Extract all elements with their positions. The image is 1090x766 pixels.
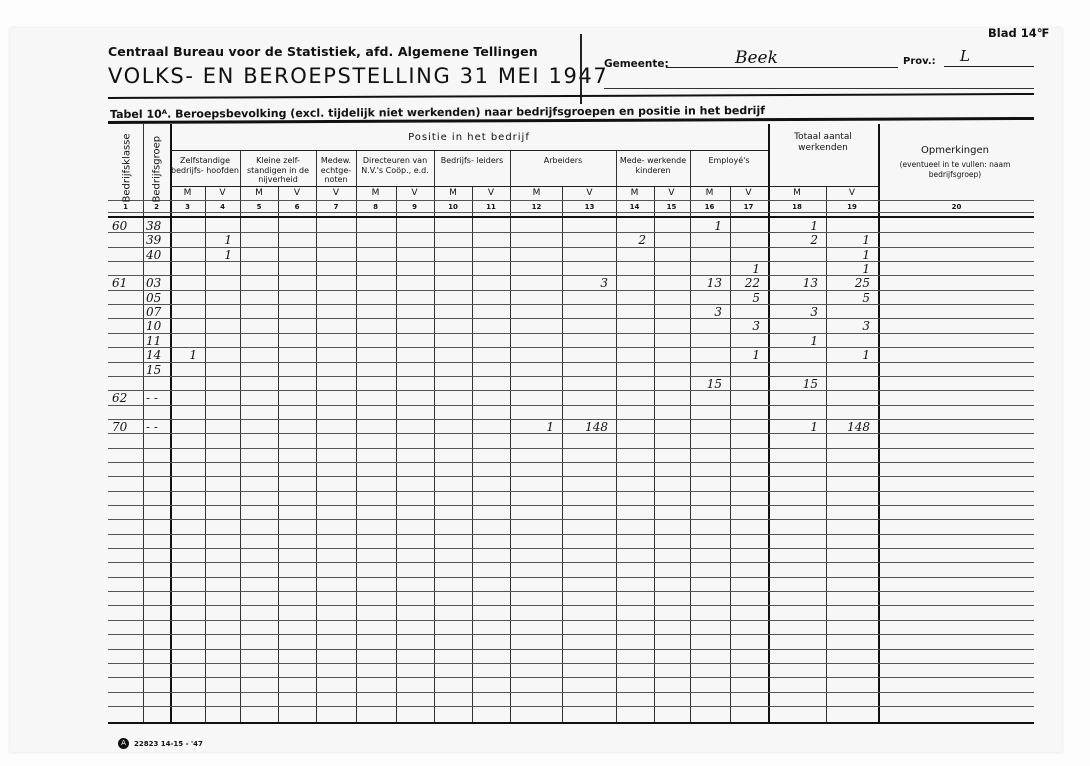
header-bedrijfsklasse: Bedrijfsklasse	[122, 133, 133, 203]
header-opmerkingen-note: (eventueel in te vullen: naam bedrijfsgr…	[890, 160, 1020, 179]
column-number: 7	[316, 203, 356, 211]
header-sex: M	[510, 188, 563, 198]
cell-bedrijfsgroep[interactable]: - -	[146, 420, 168, 434]
header-group: Arbeiders	[510, 156, 616, 166]
column-number: 12	[510, 203, 563, 211]
cell-col-17[interactable]: 5	[730, 291, 760, 305]
cell-bedrijfsklasse[interactable]: 70	[112, 420, 138, 434]
column-number: 13	[563, 203, 616, 211]
cell-col-18[interactable]: 13	[768, 276, 818, 290]
print-code: 22823 14-15 - '47	[134, 740, 203, 748]
header-sex: M	[616, 188, 653, 198]
row-rule	[108, 692, 1034, 693]
column-number: 9	[395, 203, 434, 211]
cell-col-4[interactable]: 1	[205, 233, 232, 247]
column-number: 1	[108, 203, 143, 211]
row-rule	[108, 476, 1034, 477]
cell-col-19[interactable]: 148	[826, 420, 870, 434]
column-number: 18	[768, 203, 826, 211]
column-number: 15	[653, 203, 690, 211]
prov-underline	[944, 66, 1034, 67]
column-number: 20	[878, 203, 1035, 211]
row-rule	[108, 519, 1034, 520]
gemeente-label: Gemeente:	[604, 58, 669, 70]
cell-col-18[interactable]: 3	[768, 305, 818, 319]
column-number: 4	[205, 203, 240, 211]
rule-bottom	[108, 722, 1034, 724]
header-totaal: Totaal aantal werkenden	[768, 132, 878, 154]
cell-col-19[interactable]: 25	[826, 276, 870, 290]
column-divider	[278, 186, 279, 722]
column-number: 19	[826, 203, 878, 211]
cell-col-13[interactable]: 3	[562, 276, 608, 290]
row-rule	[108, 634, 1034, 635]
rule	[108, 216, 1034, 218]
rule	[170, 150, 768, 151]
row-rule	[108, 605, 1034, 606]
cell-bedrijfsklasse[interactable]: 62	[112, 391, 138, 405]
cell-col-18[interactable]: 1	[768, 420, 818, 434]
cell-col-17[interactable]: 1	[730, 348, 760, 362]
header-sex: V	[653, 188, 690, 198]
prov-label: Prov.:	[903, 56, 936, 67]
column-divider	[143, 124, 144, 722]
cell-bedrijfsgroep[interactable]: 05	[146, 291, 168, 305]
row-rule	[108, 562, 1034, 563]
cell-col-18[interactable]: 2	[768, 233, 818, 247]
header-sex: M	[170, 188, 205, 198]
rule	[170, 186, 878, 187]
column-number: 11	[472, 203, 510, 211]
header-positie: Positie in het bedrijf	[170, 133, 768, 143]
cell-col-19[interactable]: 1	[826, 262, 870, 276]
cell-col-18[interactable]: 1	[768, 219, 818, 233]
row-rule	[108, 534, 1034, 535]
row-rule	[108, 577, 1034, 578]
column-divider	[654, 186, 655, 722]
cell-bedrijfsgroep[interactable]: 03	[146, 276, 168, 290]
column-divider	[396, 186, 397, 722]
rule	[108, 200, 1034, 201]
row-rule	[108, 649, 1034, 650]
header-group: Mede- werkende kinderen	[616, 156, 690, 175]
extra-line	[604, 88, 1034, 89]
header-sex: V	[278, 188, 316, 198]
column-number: 2	[143, 203, 170, 211]
row-rule	[108, 405, 1034, 406]
cell-bedrijfsgroep[interactable]: - -	[146, 391, 168, 405]
row-rule	[108, 347, 1034, 348]
organization-name: Centraal Bureau voor de Statistiek, afd.…	[108, 44, 538, 59]
row-rule	[108, 390, 1034, 391]
row-rule	[108, 663, 1034, 664]
cell-col-13[interactable]: 148	[562, 420, 608, 434]
cell-bedrijfsgroep[interactable]: 15	[146, 363, 168, 377]
cell-bedrijfsgroep[interactable]: 38	[146, 219, 168, 233]
row-rule	[108, 677, 1034, 678]
cell-bedrijfsklasse[interactable]: 61	[112, 276, 138, 290]
header-divider	[580, 34, 582, 104]
row-rule	[108, 706, 1034, 707]
printer-logo-icon: A	[118, 738, 129, 749]
column-number: 5	[240, 203, 278, 211]
header-sex: V	[729, 188, 768, 198]
column-divider	[690, 150, 691, 722]
cell-col-19[interactable]: 5	[826, 291, 870, 305]
header-group: Bedrijfs- leiders	[434, 156, 510, 166]
row-rule	[108, 247, 1034, 248]
cell-col-18[interactable]: 1	[768, 334, 818, 348]
row-rule	[108, 232, 1034, 233]
cell-bedrijfsklasse[interactable]: 60	[112, 219, 138, 233]
cell-bedrijfsgroep[interactable]: 10	[146, 319, 168, 333]
cell-col-14[interactable]: 2	[616, 233, 646, 247]
cell-col-19[interactable]: 1	[826, 233, 870, 247]
header-sex: M	[434, 188, 472, 198]
header-sex: V	[316, 188, 356, 198]
sheet-number: Blad 14℉	[988, 26, 1049, 40]
column-number: 6	[278, 203, 316, 211]
header-group: Zelfstandige bedrijfs- hoofden	[170, 156, 240, 175]
column-divider	[510, 150, 511, 722]
prov-field[interactable]: L	[960, 47, 970, 65]
column-divider	[240, 150, 241, 722]
row-rule	[108, 304, 1034, 305]
column-number: 14	[616, 203, 653, 211]
cell-col-16[interactable]: 1	[690, 219, 722, 233]
column-number: 16	[690, 203, 729, 211]
gemeente-underline	[666, 67, 898, 68]
row-rule	[108, 462, 1034, 463]
cell-bedrijfsgroep[interactable]: 14	[146, 348, 168, 362]
column-number: 10	[434, 203, 472, 211]
column-divider	[205, 186, 206, 722]
column-number: 17	[729, 203, 768, 211]
row-rule	[108, 333, 1034, 334]
column-divider	[562, 186, 563, 722]
header-group: Employé's	[690, 156, 768, 166]
header-sex: M	[690, 188, 729, 198]
header-bedrijfsgroep: Bedrijfsgroep	[152, 133, 163, 203]
header-opmerkingen: Opmerkingen	[890, 146, 1020, 156]
column-divider	[434, 150, 435, 722]
row-rule	[108, 505, 1034, 506]
form-title: VOLKS- EN BEROEPSTELLING 31 MEI 1947	[108, 64, 608, 88]
cell-col-17[interactable]: 22	[730, 276, 760, 290]
column-divider	[170, 124, 172, 722]
cell-col-4[interactable]: 1	[205, 248, 232, 262]
cell-bedrijfsgroep[interactable]: 39	[146, 233, 168, 247]
cell-col-16[interactable]: 15	[690, 377, 722, 391]
gemeente-field[interactable]: Beek	[735, 48, 778, 68]
header-group: Medew. echtge- noten	[316, 156, 356, 185]
cell-col-19[interactable]: 3	[826, 319, 870, 333]
cell-bedrijfsgroep[interactable]: 11	[146, 334, 168, 348]
row-rule	[108, 261, 1034, 262]
header-sex: V	[472, 188, 510, 198]
header-sex: V	[826, 188, 878, 198]
cell-col-16[interactable]: 13	[690, 276, 722, 290]
column-number: 8	[356, 203, 395, 211]
cell-col-19[interactable]: 1	[826, 248, 870, 262]
header-sex: V	[395, 188, 434, 198]
row-rule	[108, 548, 1034, 549]
header-group: Directeuren van N.V.'s Coöp., e.d.	[356, 156, 434, 175]
cell-col-3[interactable]: 1	[170, 348, 197, 362]
row-rule	[108, 591, 1034, 592]
column-divider	[472, 186, 473, 722]
cell-col-17[interactable]: 1	[730, 262, 760, 276]
row-rule	[108, 376, 1034, 377]
header-sex: V	[563, 188, 616, 198]
header-sex: M	[240, 188, 278, 198]
header-sex: M	[768, 188, 826, 198]
row-rule	[108, 448, 1034, 449]
header-sex: M	[356, 188, 395, 198]
header-sex: V	[205, 188, 240, 198]
cell-bedrijfsgroep[interactable]: 07	[146, 305, 168, 319]
header-group: Kleine zelf- standigen in de nijverheid	[240, 156, 316, 185]
row-rule	[108, 318, 1034, 319]
cell-col-16[interactable]: 3	[690, 305, 722, 319]
column-divider	[878, 124, 880, 722]
column-divider	[316, 150, 317, 722]
cell-col-17[interactable]: 3	[730, 319, 760, 333]
rule	[108, 212, 1034, 213]
cell-col-12[interactable]: 1	[510, 420, 554, 434]
row-rule	[108, 362, 1034, 363]
row-rule	[108, 620, 1034, 621]
cell-col-18[interactable]: 15	[768, 377, 818, 391]
row-rule	[108, 491, 1034, 492]
column-number: 3	[170, 203, 205, 211]
cell-col-19[interactable]: 1	[826, 348, 870, 362]
cell-bedrijfsgroep[interactable]: 40	[146, 248, 168, 262]
column-divider	[356, 150, 357, 722]
